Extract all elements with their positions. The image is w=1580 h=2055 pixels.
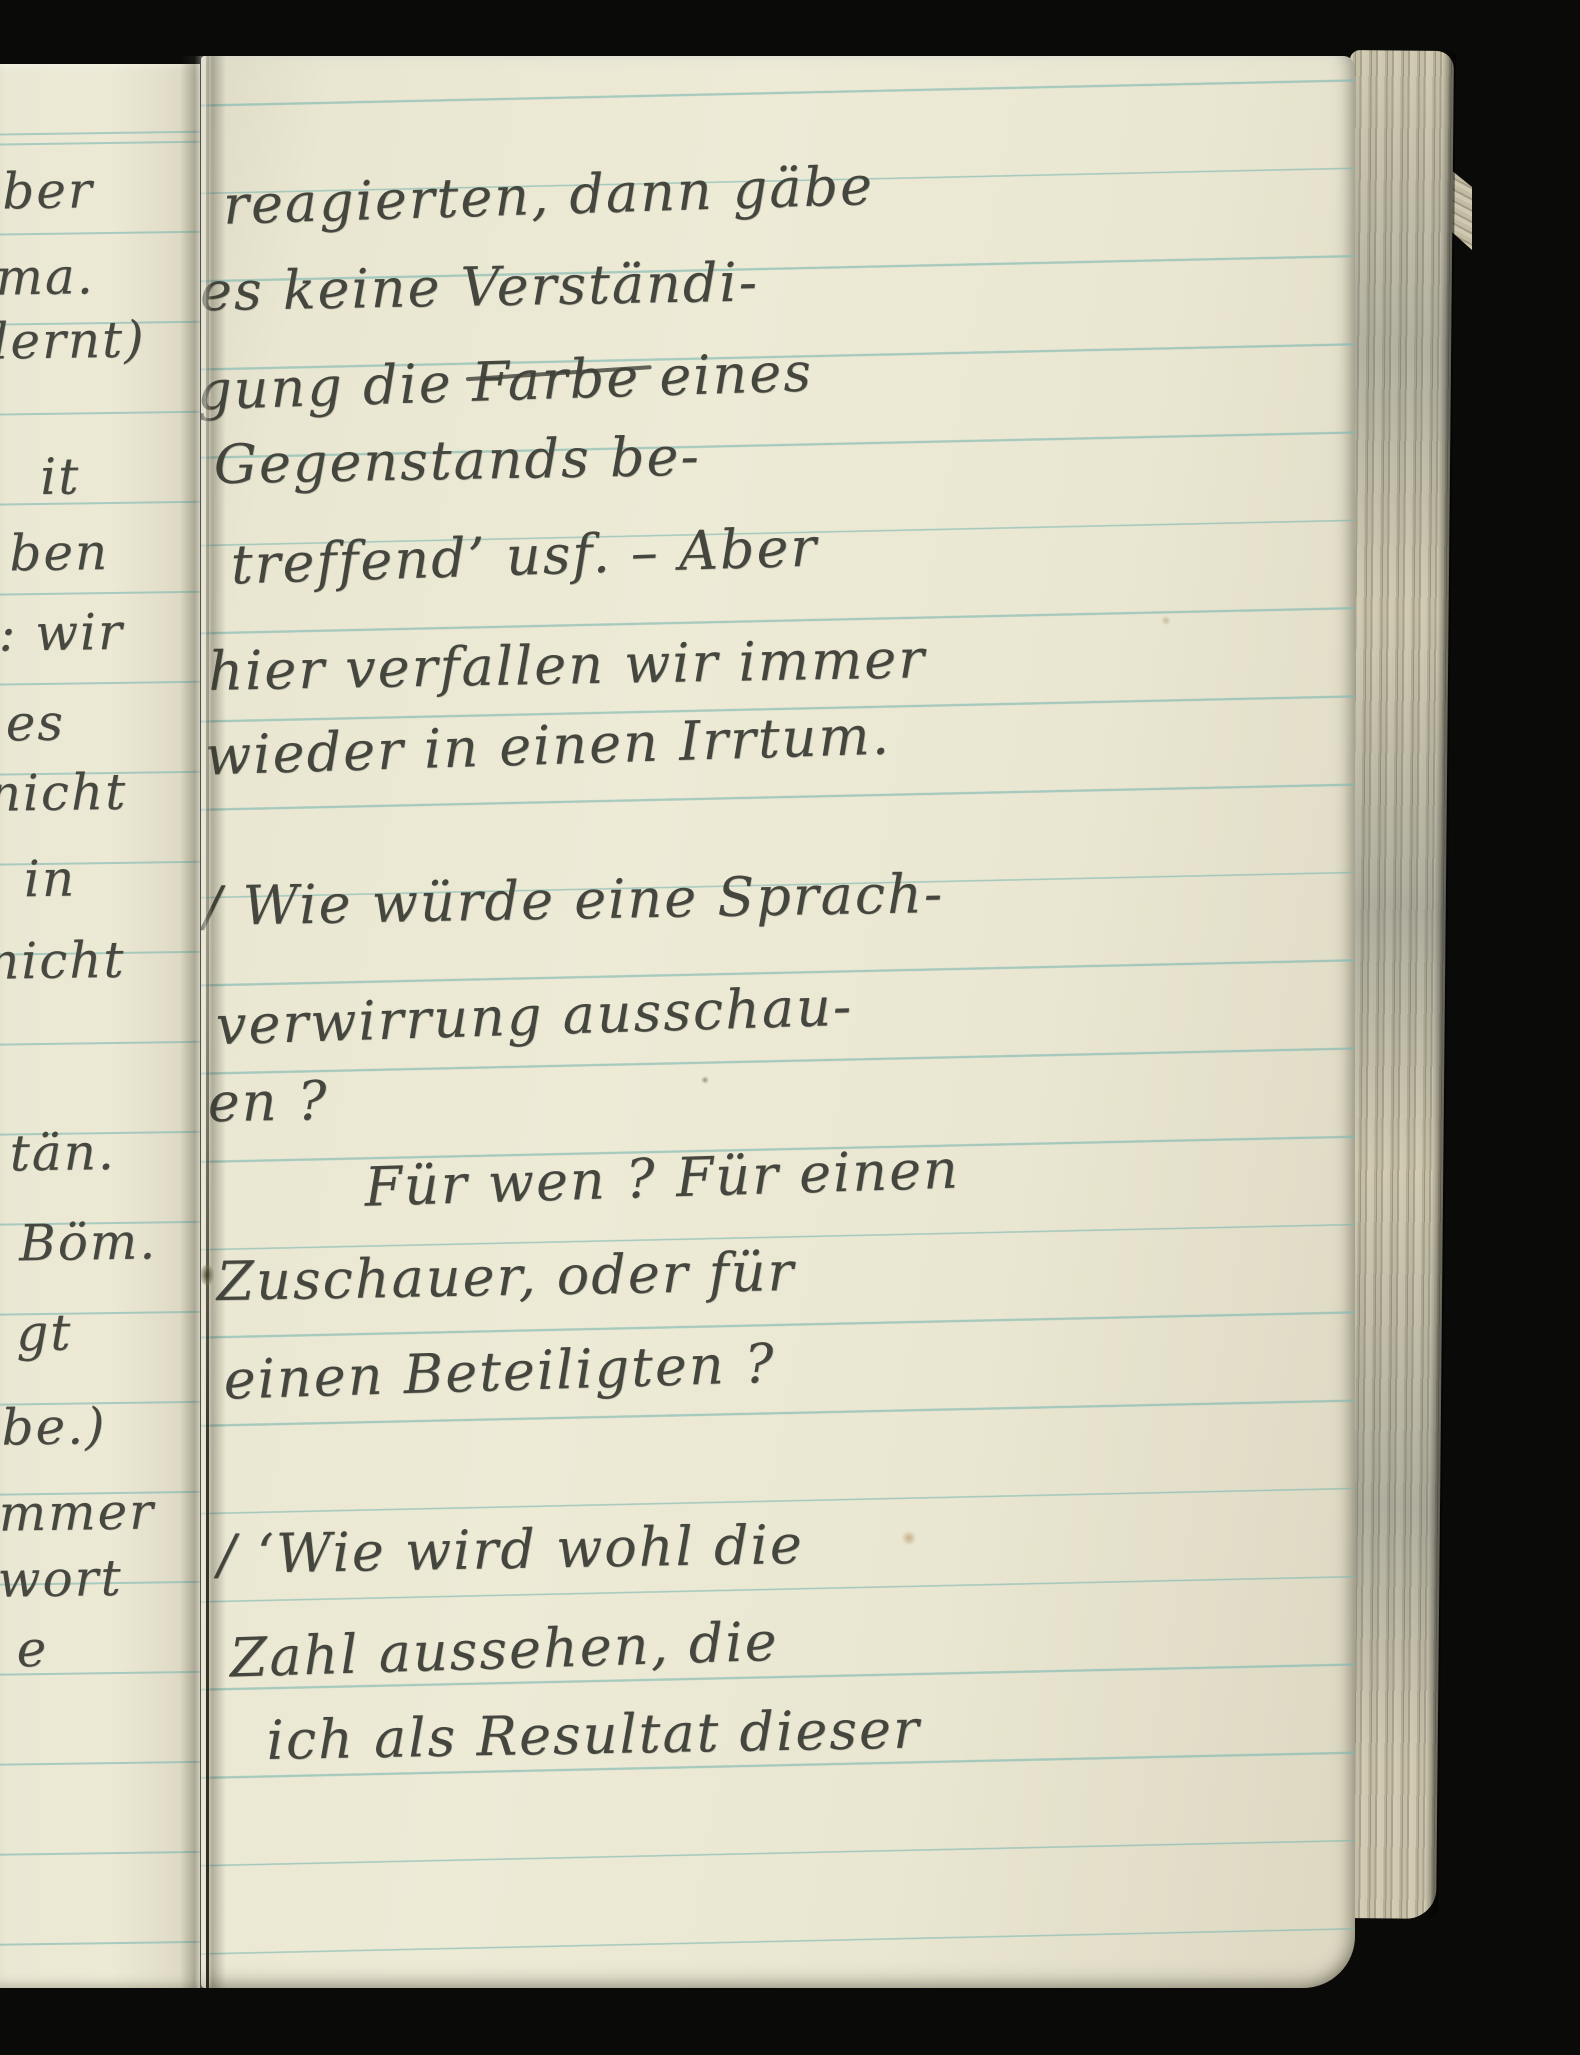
handwriting-fragment: in — [23, 843, 76, 916]
handwriting-line: wieder in einen Irrtum. — [204, 696, 892, 797]
handwriting-fragment: Böm. — [18, 1205, 157, 1279]
handwriting-fragment: gt — [16, 1297, 73, 1370]
handwriting-fragment: e — [16, 1613, 49, 1685]
handwriting-line: ich als Resultat dieser — [266, 1690, 922, 1781]
left-page-writing: berma.lernt)itben: wiresnichtinnichttän.… — [0, 64, 200, 1988]
handwriting-fragment: tän. — [9, 1116, 116, 1189]
handwriting-fragment: wort — [0, 1542, 123, 1616]
binding-stitch — [200, 1264, 214, 1286]
handwriting-line: reagierten, dann gäbe — [222, 146, 875, 246]
handwriting-fragment: ma. — [0, 240, 95, 313]
handwriting-fragment: ber — [2, 154, 94, 227]
handwriting-line: treffend’ usf. – Aber — [230, 508, 820, 606]
right-page-ruled-lines: reagierten, dann gäbees keine Verständi-… — [201, 56, 1355, 1988]
handwriting-fragment: ben — [9, 516, 110, 589]
handwriting-line: Zahl aussehen, die — [229, 1602, 780, 1699]
handwriting-text: gung die — [201, 351, 473, 422]
handwriting-fragment: lernt) — [0, 304, 146, 378]
left-page-ruled-lines: berma.lernt)itben: wiresnichtinnichttän.… — [0, 64, 200, 1988]
handwriting-fragment: es — [5, 687, 65, 760]
handwriting-line: Für wen ? Für einen — [363, 1130, 961, 1228]
left-page: berma.lernt)itben: wiresnichtinnichttän.… — [0, 64, 200, 1988]
right-page-writing: reagierten, dann gäbees keine Verständi-… — [201, 56, 1355, 1988]
handwriting-line: verwirrung ausschau- — [215, 967, 854, 1066]
handwriting-line: / Wie würde eine Sprach- — [203, 854, 945, 947]
handwriting-fragment: immer — [0, 1475, 156, 1549]
handwriting-fragment: : wir — [0, 596, 124, 670]
struck-word: Farbe — [471, 346, 641, 414]
handwriting-text: eines — [639, 340, 814, 408]
notebook-photo: berma.lernt)itben: wiresnichtinnichttän.… — [0, 0, 1580, 2055]
handwriting-fragment: nicht — [0, 756, 128, 830]
handwriting-fragment: be.) — [1, 1390, 107, 1463]
handwriting-line: gung die Farbe eines — [201, 332, 814, 431]
right-page: reagierten, dann gäbees keine Verständi-… — [201, 56, 1355, 1988]
handwriting-line: Gegenstands be- — [213, 417, 701, 505]
binding-crease — [206, 56, 209, 1988]
handwriting-line: einen Beteiligten ? — [223, 1324, 777, 1421]
handwriting-fragment: it — [40, 440, 81, 513]
binding-gutter — [180, 56, 226, 1988]
handwriting-line: es keine Verständi- — [201, 243, 760, 333]
handwriting-fragment: nicht — [0, 924, 126, 998]
handwriting-line: / ‘Wie wird wohl die — [217, 1505, 805, 1595]
handwriting-line: Zuschauer, oder für — [216, 1232, 796, 1322]
